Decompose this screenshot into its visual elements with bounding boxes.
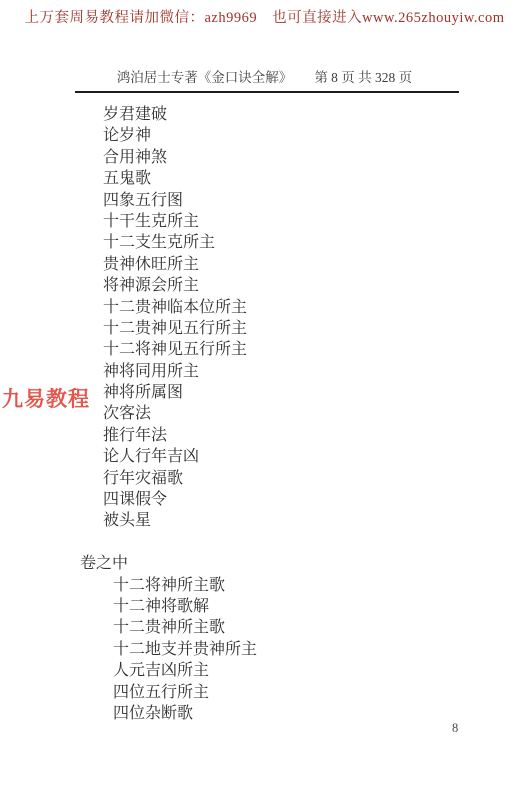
toc-item: 人元吉凶所主 [113,660,529,681]
toc-item: 十二将神见五行所主 [103,339,529,360]
toc-item: 四象五行图 [103,190,529,211]
toc-item: 行年灾福歌 [103,468,529,489]
toc-item: 四位五行所主 [113,682,529,703]
toc-section-2: 十二将神所主歌十二神将歌解十二贵神所主歌十二地支并贵神所主人元吉凶所主四位五行所… [0,575,529,725]
page-info: 第 8 页 共 328 页 [314,66,412,86]
document-page: 上万套周易教程请加微信：azh9969 也可直接进入www.265zhouyiw… [0,0,529,794]
page-header: 鸿泊居士专著《金口诀全解》 第 8 页 共 328 页 [0,66,529,86]
toc-item: 四课假令 [103,489,529,510]
header-divider [75,91,459,93]
toc-spacer [0,532,529,553]
toc-item: 次客法 [103,403,529,424]
toc-item: 五鬼歌 [103,168,529,189]
toc-item: 十二贵神临本位所主 [103,297,529,318]
toc-item: 被头星 [103,510,529,531]
toc-item: 十二将神所主歌 [113,575,529,596]
toc-item: 论岁神 [103,125,529,146]
book-title: 鸿泊居士专著《金口诀全解》 [117,66,293,86]
toc-item: 十二贵神所主歌 [113,617,529,638]
table-of-contents: 岁君建破论岁神合用神煞五鬼歌四象五行图十干生克所主十二支生克所主贵神休旺所主将神… [0,104,529,724]
toc-item: 贵神休旺所主 [103,254,529,275]
toc-item: 神将同用所主 [103,361,529,382]
toc-item: 十二地支并贵神所主 [113,639,529,660]
toc-item: 十二贵神见五行所主 [103,318,529,339]
toc-item: 论人行年吉凶 [103,446,529,467]
toc-item: 四位杂断歌 [113,703,529,724]
toc-section-1: 岁君建破论岁神合用神煞五鬼歌四象五行图十干生克所主十二支生克所主贵神休旺所主将神… [0,104,529,532]
toc-item: 十二支生克所主 [103,232,529,253]
watermark-text: 九易教程 [2,383,90,413]
toc-item: 神将所属图 [103,382,529,403]
toc-item: 推行年法 [103,425,529,446]
promo-bar-text: 上万套周易教程请加微信：azh9969 也可直接进入www.265zhouyiw… [0,6,529,27]
toc-item: 岁君建破 [103,104,529,125]
toc-item: 十二神将歌解 [113,596,529,617]
toc-item: 合用神煞 [103,147,529,168]
page-number: 8 [452,721,458,736]
section-title: 卷之中 [80,553,529,574]
toc-item: 十干生克所主 [103,211,529,232]
toc-item: 将神源会所主 [103,275,529,296]
